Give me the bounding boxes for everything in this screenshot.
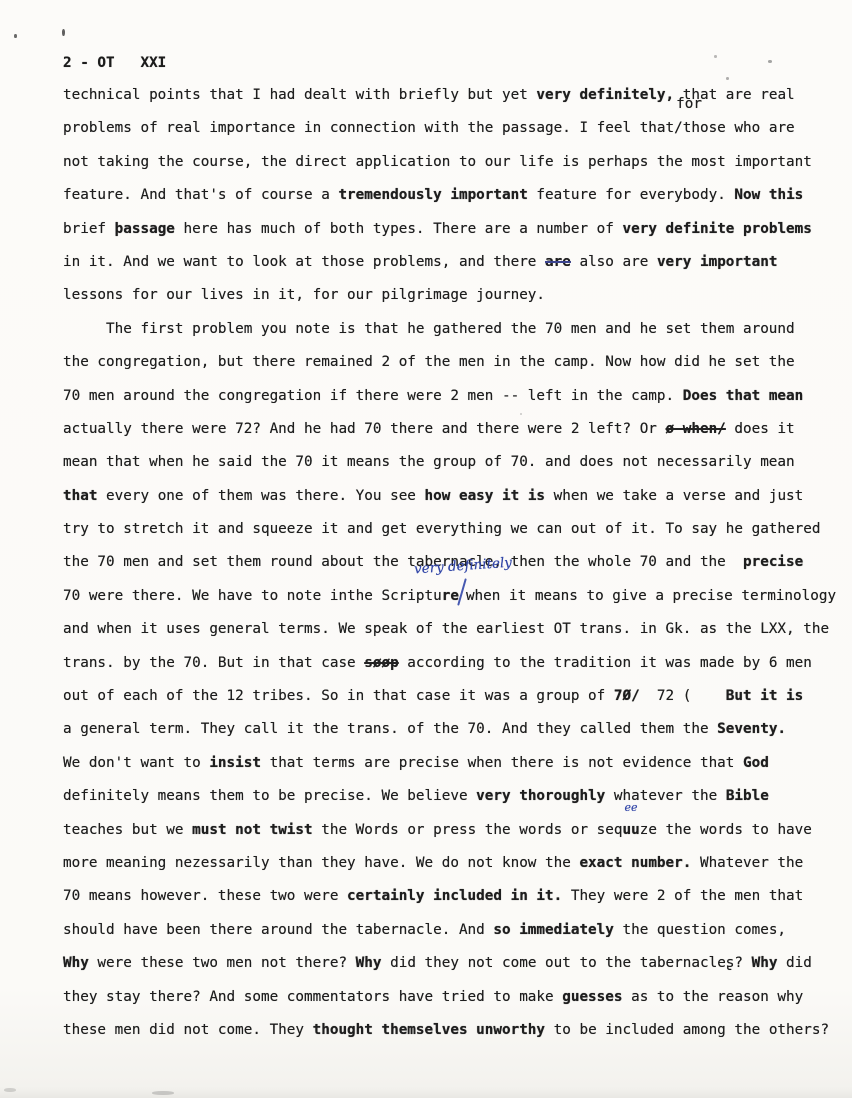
text-line: should have been there around the tabern… [63,914,852,947]
text-segment: very thoroughly [476,788,605,804]
text-segment: re [442,588,459,604]
text-segment: as to the reason why [623,989,804,1005]
text-segment: But it is [726,688,803,704]
document-page: 2 - OT XXI technical points that I had d… [0,0,852,1098]
text-line: 70 means however. these two were certain… [63,880,852,913]
text-segment: /those [674,120,726,136]
text-segment: out of each of the 12 tribes. So in that… [63,688,614,704]
text-segment: feature for everybody. [528,187,735,203]
text-line: technical points that I had dealt with b… [63,79,852,112]
text-line: lessons for our lives in it, for our pil… [63,279,852,312]
text-segment: definitely means them to be precise. We … [63,788,476,804]
ink-speck [4,1088,16,1092]
text-line: definitely means them to be precise. We … [63,780,852,813]
annotated-segment: whenvery definitely [466,580,500,613]
text-segment: exact number. [579,855,691,871]
text-segment: guesses [562,989,622,1005]
text-line: feature. And that's of course a tremendo… [63,179,852,212]
text-segment: lessons for our lives in it, for our pil… [63,287,545,303]
text-segment: must not twist [192,822,313,838]
page-header: 2 - OT XXI [63,46,166,80]
text-line: The first problem you note is that he ga… [63,313,852,346]
text-line: a general term. They call it the trans. … [63,713,852,746]
text-segment: when [466,588,500,604]
typed-text-body: technical points that I had dealt with b… [63,79,852,1047]
text-segment: thought themselves unworthy [313,1022,545,1038]
text-segment: that terms are precise when there is not… [261,755,743,771]
text-line: the congregation, but there remained 2 o… [63,346,852,379]
text-segment: does it [726,421,795,437]
text-segment: they stay there? And some commentators h… [63,989,562,1005]
text-segment: not taking the course, the direct applic… [63,154,812,170]
struck-out-text: ø when/ [666,421,726,437]
struck-out-text: are [545,254,571,270]
text-segment: insist [209,755,261,771]
text-segment: Whatever the [691,855,803,871]
text-segment: 70 means however. these two were [63,888,347,904]
text-line: and when it uses general terms. We speak… [63,613,852,646]
text-segment: very definite problems [623,221,812,237]
text-line: more meaning nezessarily than they have.… [63,847,852,880]
text-segment: Now this [734,187,803,203]
text-segment: the congregation, but there remained 2 o… [63,354,795,370]
text-segment: according to the tradition it was made b… [399,655,812,671]
struck-out-text: søøp [364,655,398,671]
text-segment: ze the words to have [640,822,812,838]
text-line: trans. by the 70. But in that case søøp … [63,647,852,680]
text-segment: very important [657,254,778,270]
text-line: mean that when he said the 70 it means t… [63,446,852,479]
text-segment: the question comes, [614,922,786,938]
text-line: 70 men around the congregation if there … [63,380,852,413]
text-line: try to stretch it and squeeze it and get… [63,513,852,546]
text-segment: 72 ( [640,688,726,704]
text-segment: whatever the [605,788,726,804]
text-segment: Does that mean [683,388,804,404]
text-segment: and when it uses general terms. We speak… [63,621,829,637]
text-segment: these men did not come. They [63,1022,313,1038]
text-segment: Why [63,955,89,971]
ink-speck [726,77,729,80]
text-segment: 70 were there. We have to note inthe Scr… [63,588,442,604]
text-segment: to be included among the others? [545,1022,829,1038]
text-line: We don't want to insist that terms are p… [63,747,852,780]
text-line: these men did not come. They thought the… [63,1014,852,1047]
text-segment: precise [743,554,803,570]
text-segment: trans. by the 70. But in that case [63,655,364,671]
text-line: actually there were 72? And he had 70 th… [63,413,852,446]
text-line: Why were these two men not there? Why di… [63,947,852,980]
text-segment: how easy it is [425,488,546,504]
text-segment: who are [726,120,795,136]
text-segment: here has much of both types. There are a… [175,221,623,237]
text-segment: also are [571,254,657,270]
text-segment: þassage [115,221,175,237]
text-segment: should have been there around the tabern… [63,922,493,938]
text-line: in it. And we want to look at those prob… [63,246,852,279]
text-segment: teaches but we [63,822,192,838]
text-line: problems of real importance in connectio… [63,112,852,145]
annotated-segment: uuee [623,814,640,847]
text-segment: God [743,755,769,771]
ink-speck [62,29,65,36]
text-line: brief þassage here has much of both type… [63,213,852,246]
text-segment: in it. And we want to look at those prob… [63,254,545,270]
text-segment: 70 men around the congregation if there … [63,388,683,404]
handwritten-insertion: ee [625,801,638,814]
ink-speck [14,34,17,38]
text-segment: brief [63,221,115,237]
ink-speck [152,1091,174,1095]
text-line: out of each of the 12 tribes. So in that… [63,680,852,713]
text-segment: uu [623,822,640,838]
text-segment: The first problem you note is that he ga… [63,321,795,337]
text-segment: problems of real importance in connectio… [63,120,674,136]
typed-interline-correction: for [676,97,702,111]
text-segment: Why [752,955,778,971]
text-segment: mean that when he said the 70 it means t… [63,454,795,470]
insertion-caret-mark [459,586,466,600]
text-segment: feature. And that's of course a [63,187,338,203]
text-line: they stay there? And some commentators h… [63,981,852,1014]
text-segment: so immediately [493,922,614,938]
text-segment: Bible [726,788,769,804]
ink-speck [520,413,522,415]
text-segment: 7Ø/ [614,688,640,704]
ink-speck [768,60,772,63]
text-segment: tremendously important [338,187,527,203]
text-segment: the 70 men and set them round about the … [63,554,743,570]
text-segment: actually there were 72? And he had 70 th… [63,421,666,437]
text-segment: Seventy. [717,721,786,737]
text-segment: We don't want to [63,755,209,771]
text-segment: more meaning nezessarily than they have.… [63,855,579,871]
text-line: that every one of them was there. You se… [63,480,852,513]
text-segment: that [63,488,97,504]
text-segment: were these two men not there? [89,955,356,971]
text-segment: did they not come out to the tabernacleʂ… [382,955,752,971]
ink-speck [714,55,717,58]
text-line: 70 were there. We have to note inthe Scr… [63,580,852,613]
text-segment: it means to give a precise terminology [500,588,836,604]
annotated-segment: /thosefor [674,112,726,145]
text-segment: They were 2 of the men that [562,888,803,904]
text-segment: did [777,955,811,971]
text-segment: technical points that I had dealt with b… [63,87,536,103]
text-segment: very definitely, [536,87,674,103]
text-segment: the Words or press the words or seq [313,822,623,838]
text-segment: a general term. They call it the trans. … [63,721,717,737]
text-segment: Why [356,955,382,971]
text-segment: try to stretch it and squeeze it and get… [63,521,820,537]
text-segment: when we take a verse and just [545,488,803,504]
text-segment: certainly included in it. [347,888,562,904]
text-line: not taking the course, the direct applic… [63,146,852,179]
text-line: teaches but we must not twist the Words … [63,814,852,847]
text-segment: every one of them was there. You see [97,488,424,504]
